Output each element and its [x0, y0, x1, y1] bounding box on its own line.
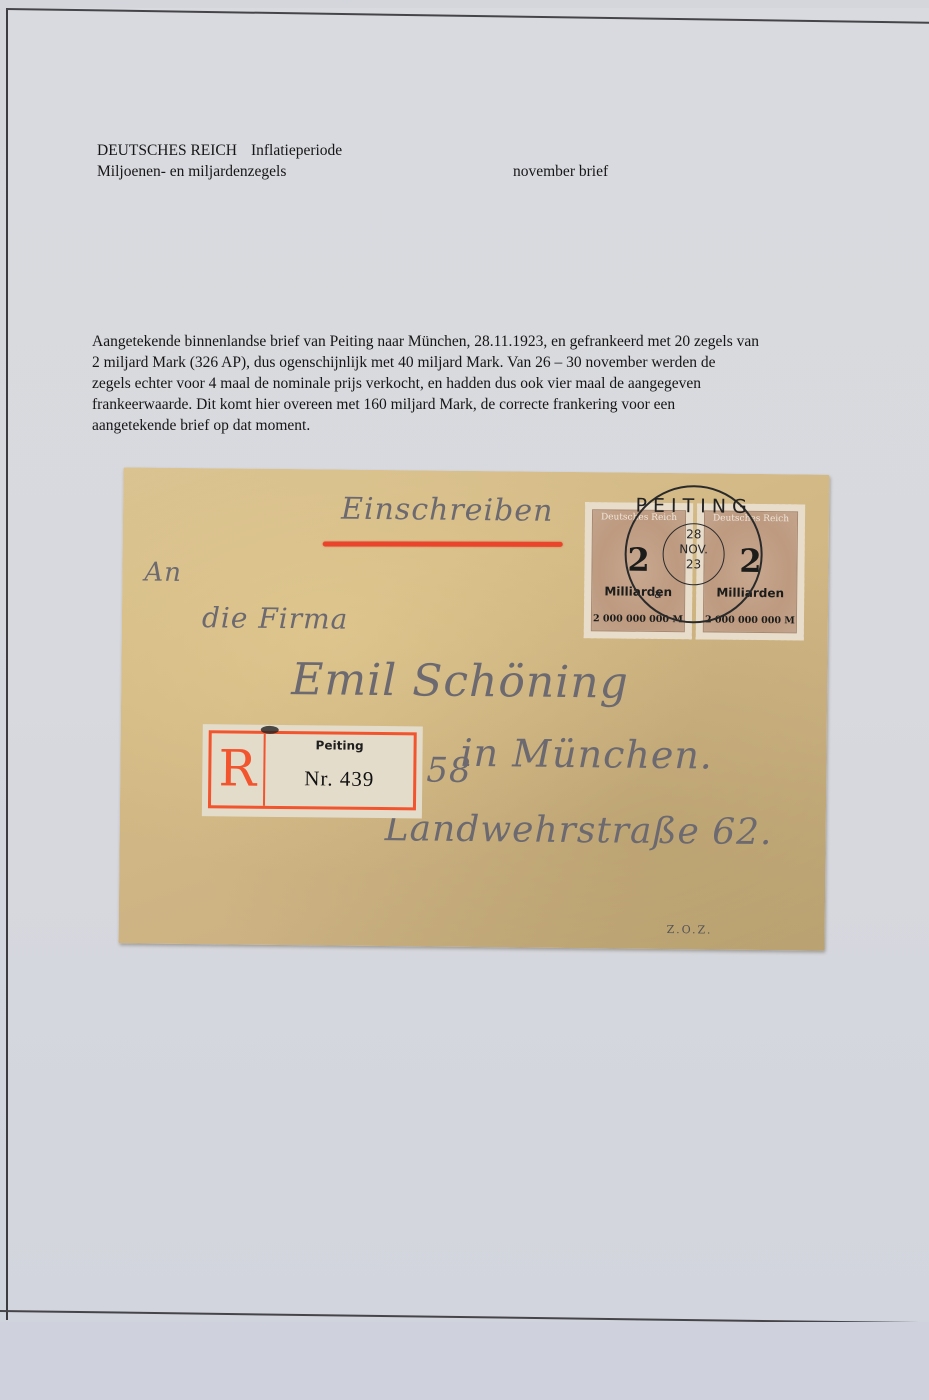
- heading-item-type: november brief: [513, 161, 608, 182]
- handwritten-an: An: [144, 558, 182, 588]
- description-line: Aangetekende binnenlandse brief van Peit…: [92, 331, 882, 352]
- heading-subject: Miljoenen- en miljardenzegels: [97, 163, 286, 180]
- handwritten-street: Landwehrstraße 62.: [385, 808, 773, 853]
- background-surface: [0, 1322, 929, 1400]
- description-line: 2 miljard Mark (326 AP), dus ogenschijnl…: [92, 352, 882, 373]
- handwritten-firma: die Firma: [202, 601, 349, 636]
- heading-period: Inflatieperiode: [251, 142, 342, 159]
- registration-letter: R: [211, 733, 266, 806]
- ink-blot: [261, 726, 279, 734]
- description-text: Aangetekende binnenlandse brief van Peit…: [92, 331, 882, 436]
- postmark-cancel: PEITING 28 NOV. 23 a: [624, 485, 763, 624]
- pencil-mark: Z.O.Z.: [667, 923, 713, 936]
- description-line: aangetekende brief op dat moment.: [92, 415, 882, 436]
- stamp-pair: Deutsches Reich 2 Milliarden 2 000 000 0…: [584, 502, 809, 642]
- heading-country: DEUTSCHES REICH: [97, 140, 237, 161]
- postmark-month: NOV.: [664, 542, 724, 558]
- registration-label: R Peiting Nr. 439: [202, 724, 423, 818]
- postmark-year: 23: [663, 557, 723, 573]
- page-heading: DEUTSCHES REICHInflatieperiode Miljoenen…: [97, 140, 342, 182]
- postmark-date: 28 NOV. 23: [662, 523, 725, 586]
- description-line: frankeerwaarde. Dit komt hier overeen me…: [92, 394, 882, 415]
- handwritten-addressee: Emil Schöning: [291, 654, 629, 709]
- handwritten-city: in München.: [460, 731, 713, 778]
- red-crayon-underline: [323, 541, 563, 546]
- postmark-town: PEITING: [627, 495, 761, 518]
- registration-number: Nr. 439: [265, 766, 413, 793]
- registration-office: Peiting: [266, 738, 414, 754]
- handwritten-einschreiben: Einschreiben: [341, 492, 554, 529]
- envelope-cover: Einschreiben An die Firma Emil Schöning …: [119, 467, 830, 950]
- description-line: zegels echter voor 4 maal de nominale pr…: [92, 373, 882, 394]
- postmark-sub: a: [654, 587, 662, 601]
- postmark-day: 28: [664, 527, 724, 543]
